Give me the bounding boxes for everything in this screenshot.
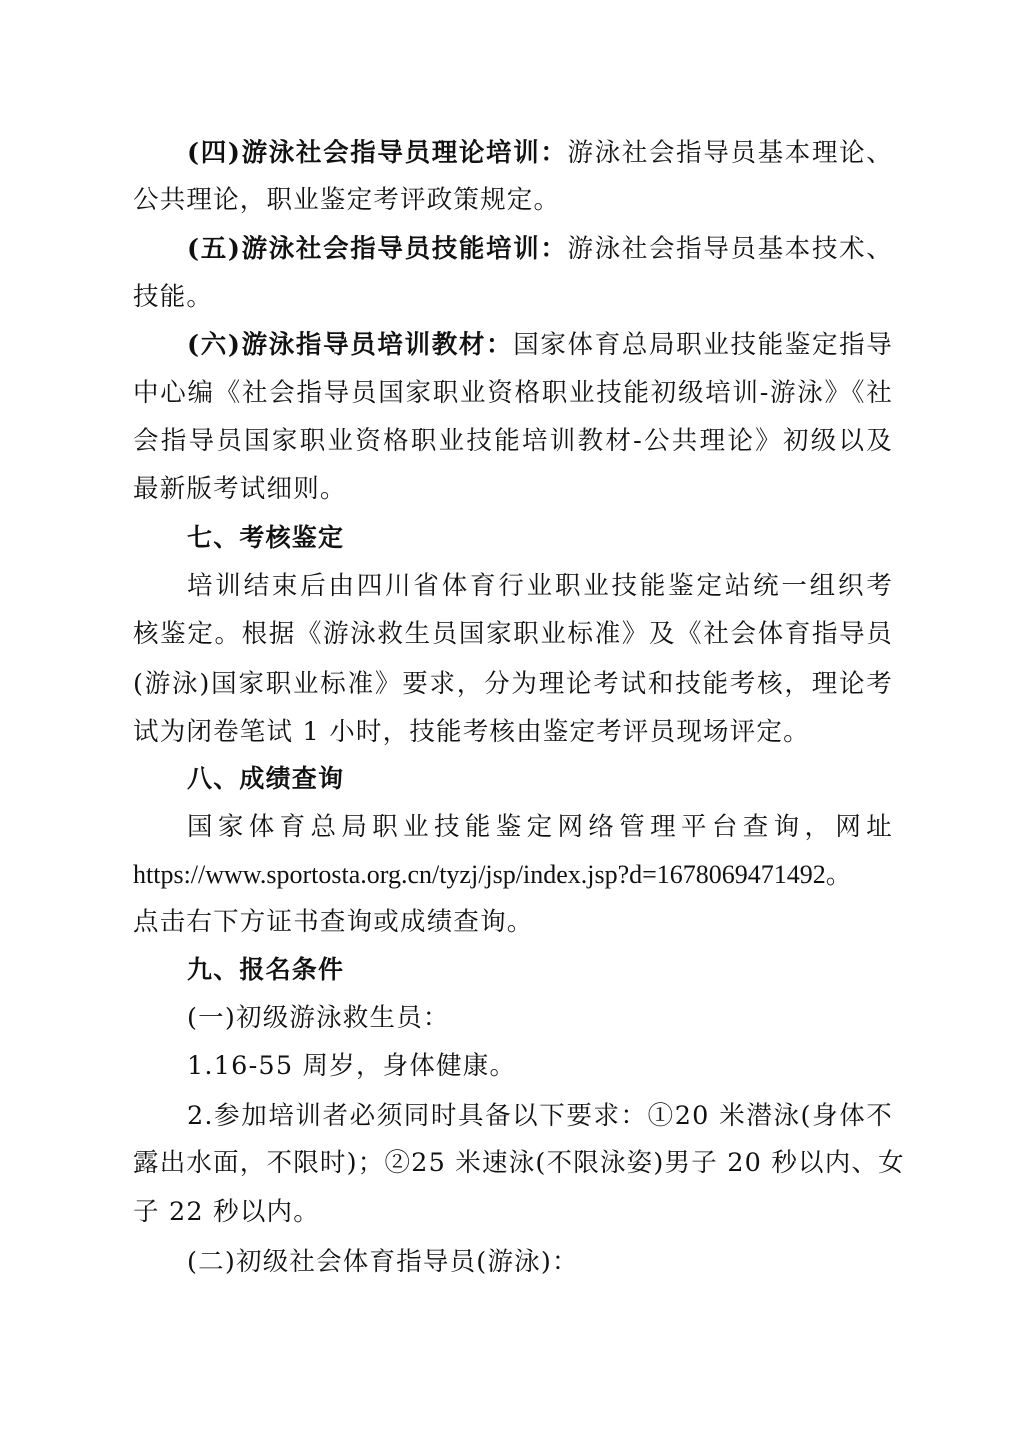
paragraph-line: (游泳)国家职业标准》要求，分为理论考试和技能考核，理论考 xyxy=(133,668,893,700)
paragraph-line: 会指导员国家职业资格职业技能培训教材-公共理论》初级以及 xyxy=(133,425,893,457)
paragraph-line: 子 22 秒以内。 xyxy=(133,1196,893,1228)
paragraph-line: 国家体育总局职业技能鉴定网络管理平台查询，网址 xyxy=(187,811,893,843)
paragraph-line: 中心编《社会指导员国家职业资格职业技能初级培训-游泳》《社 xyxy=(133,377,893,409)
subheading: (一)初级游泳救生员： xyxy=(187,1002,893,1034)
paragraph-line: (六)游泳指导员培训教材：国家体育总局职业技能鉴定指导 xyxy=(187,329,893,361)
document-page: (四)游泳社会指导员理论培训：游泳社会指导员基本理论、 公共理论，职业鉴定考评政… xyxy=(0,0,1024,1448)
section-heading: 八、成绩查询 xyxy=(187,763,893,795)
paragraph-line: 核鉴定。根据《游泳救生员国家职业标准》及《社会体育指导员 xyxy=(133,618,893,650)
item-text: 国家体育总局职业技能鉴定指导 xyxy=(513,330,893,360)
paragraph-line: 技能。 xyxy=(133,281,893,313)
paragraph-line: (五)游泳社会指导员技能培训：游泳社会指导员基本技术、 xyxy=(187,233,893,265)
paragraph-line: (四)游泳社会指导员理论培训：游泳社会指导员基本理论、 xyxy=(187,137,893,169)
item-label: (六)游泳指导员培训教材： xyxy=(187,330,513,360)
paragraph-line: 点击右下方证书查询或成绩查询。 xyxy=(133,906,893,938)
paragraph-line: 公共理论，职业鉴定考评政策规定。 xyxy=(133,184,893,216)
item-text: 游泳社会指导员基本理论、 xyxy=(568,138,893,168)
item-text: 游泳社会指导员基本技术、 xyxy=(568,234,893,264)
paragraph-line: 1.16-55 周岁，身体健康。 xyxy=(187,1050,893,1082)
subheading: (二)初级社会体育指导员(游泳)： xyxy=(187,1246,893,1278)
section-heading: 七、考核鉴定 xyxy=(187,522,893,554)
section-heading: 九、报名条件 xyxy=(187,954,893,986)
item-label: (五)游泳社会指导员技能培训： xyxy=(187,234,568,264)
item-label: (四)游泳社会指导员理论培训： xyxy=(187,138,568,168)
paragraph-line: 2.参加培训者必须同时具备以下要求：①20 米潜泳(身体不 xyxy=(187,1100,893,1132)
paragraph-line: 试为闭卷笔试 1 小时，技能考核由鉴定考评员现场评定。 xyxy=(133,716,893,748)
paragraph-line: 最新版考试细则。 xyxy=(133,473,893,505)
paragraph-line: 培训结束后由四川省体育行业职业技能鉴定站统一组织考 xyxy=(187,570,893,602)
paragraph-line: 露出水面，不限时)；②25 米速泳(不限泳姿)男子 20 秒以内、女 xyxy=(133,1147,893,1179)
url-link[interactable]: https://www.sportosta.org.cn/tyzj/jsp/in… xyxy=(133,859,893,891)
